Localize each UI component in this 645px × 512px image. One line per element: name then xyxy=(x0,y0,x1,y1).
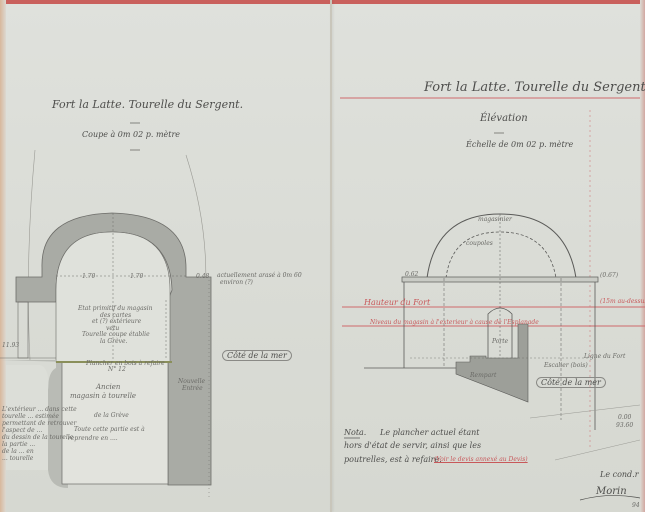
scale-label: Échelle de 0m 02 p. mètre xyxy=(466,140,573,149)
inner-dome-label: coupoles xyxy=(466,240,493,247)
door-label: Porte xyxy=(492,338,508,345)
margin-number-1: 0.00 xyxy=(618,414,631,421)
span-dim-left: 1.70 xyxy=(82,273,95,280)
inner-note-1: Etat primitif du magasin xyxy=(78,305,153,312)
top-right-note-2: environ (?) xyxy=(220,279,253,286)
page-number: 94 xyxy=(632,502,640,509)
right-subtitle: Élévation xyxy=(480,113,528,124)
left-note-4: l'aspect de ... xyxy=(2,427,42,434)
left-note-1: L'extérieur ... dans cette xyxy=(2,406,77,413)
left-note-7: de la ... en xyxy=(2,448,34,455)
lower-note-1: Ancien xyxy=(96,383,120,391)
red-line-label-2: Niveau du magasin à l'exterieur à cause … xyxy=(370,319,539,326)
nota-line-1: Le plancher actuel étant xyxy=(380,428,479,437)
red-line-label-1: Hauteur du Fort xyxy=(364,298,430,307)
left-note-3: permettant de retrouver xyxy=(2,420,76,427)
nota-red-annotation: (Voir le devis annexé au Devis) xyxy=(434,456,528,463)
step-note: Escalier (bois) xyxy=(544,362,588,369)
top-right-note-1: actuellement arasé à 0m 60 xyxy=(217,272,302,279)
left-subtitle: Coupe à 0m 02 p. mètre xyxy=(82,130,180,139)
dome-label: magasinier xyxy=(478,216,512,223)
lower-note-2: magasin à tourelle xyxy=(70,392,136,400)
room-number: N° 12 xyxy=(108,366,126,373)
left-note-6: la partie ... xyxy=(2,441,35,448)
wall-label-1: Nouvelle xyxy=(178,378,205,385)
lower-note-4: de la Grève xyxy=(94,412,129,419)
nota-heading: Nota. xyxy=(344,428,366,437)
left-note-5: du dessin de la tourelle xyxy=(2,434,73,441)
inner-note-5: Tourelle coupe établie xyxy=(82,331,150,338)
red-line-note-1: (15m au-dessus ...) xyxy=(600,298,645,305)
wall-label-2: Entrée xyxy=(182,385,203,392)
nota-line-3: poutrelles, est à refaire. xyxy=(344,455,442,464)
left-dim: 11.93 xyxy=(2,342,19,349)
right-title: Fort la Latte. Tourelle du Sergent. xyxy=(424,80,645,95)
cornice-dim-left: 0.62 xyxy=(405,271,418,278)
ground-note: Ligne du Fort xyxy=(584,353,625,360)
inner-note-3: et (?) extérieure xyxy=(92,318,141,325)
side-note-sea: Côté de la mer xyxy=(222,350,292,361)
rampart-label: Rempart xyxy=(470,372,496,379)
lower-note-5: Toute cette partie est à xyxy=(74,426,145,433)
right-dim: 0.48 xyxy=(196,273,209,280)
nota-line-2: hors d'état de servir, ainsi que les xyxy=(344,441,481,450)
left-note-2: tourelle ... estimée xyxy=(2,413,59,420)
drawing-sheet: Fort la Latte. Tourelle du Sergent. Coup… xyxy=(0,0,645,512)
left-title: Fort la Latte. Tourelle du Sergent. xyxy=(52,98,243,111)
span-dim-right: 1.70 xyxy=(130,273,143,280)
cornice-dim: (0.67) xyxy=(600,272,618,279)
left-note-8: ... tourelle xyxy=(2,455,33,462)
signature-name: Morin xyxy=(596,486,627,497)
margin-number-2: 93.60 xyxy=(616,422,633,429)
signature-title: Le cond.r xyxy=(600,470,639,479)
elevation-side-note: Côté de la mer xyxy=(536,377,606,388)
inner-note-6: la Grève. xyxy=(100,338,127,345)
lower-note-6: reprendre en .... xyxy=(68,435,118,442)
